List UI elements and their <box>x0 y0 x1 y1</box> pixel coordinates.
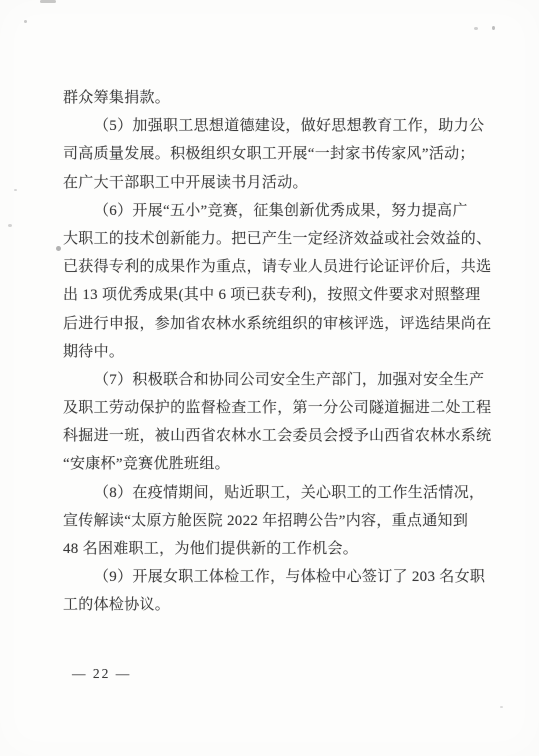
scan-speckle <box>14 189 17 191</box>
text-line: 48 名困难职工，为他们提供新的工作机会。 <box>63 535 475 563</box>
text-line: 出 13 项优秀成果(其中 6 项已获专利)，按照文件要求对照整理 <box>63 281 475 309</box>
text-line: 后进行申报，参加省农林水系统组织的审核评选，评选结果尚在 <box>63 310 475 338</box>
scan-speckle <box>24 20 27 23</box>
scan-speckle <box>492 26 495 30</box>
scan-speckle <box>8 224 12 227</box>
text-line: 及职工劳动保护的监督检查工作，第一分公司隧道掘进二处工程 <box>63 394 475 422</box>
text-line: 期待中。 <box>63 338 475 366</box>
text-line: 司高质量发展。积极组织女职工开展“一封家书传家风”活动； <box>63 140 475 168</box>
scan-speckle <box>500 706 503 708</box>
page-number: — 22 — <box>72 666 131 682</box>
text-line: （8）在疫情期间，贴近职工，关心职工的工作生活情况， <box>63 479 475 507</box>
scan-speckle <box>40 0 56 3</box>
scan-speckle <box>56 246 61 251</box>
text-line: “安康杯”竞赛优胜班组。 <box>63 450 475 478</box>
text-line: 群众筹集捐款。 <box>63 84 475 112</box>
text-line: 宣传解读“太原方舱医院 2022 年招聘公告”内容，重点通知到 <box>63 507 475 535</box>
text-line: 工的体检协议。 <box>63 591 475 619</box>
text-line: 已获得专利的成果作为重点，请专业人员进行论证评价后，共选 <box>63 253 475 281</box>
scanned-document-page: 群众筹集捐款。（5）加强职工思想道德建设，做好思想教育工作，助力公司高质量发展。… <box>0 0 539 756</box>
text-line: （6）开展“五小”竞赛，征集创新优秀成果，努力提高广 <box>63 197 475 225</box>
text-line: （5）加强职工思想道德建设，做好思想教育工作，助力公 <box>63 112 475 140</box>
text-line: （7）积极联合和协同公司安全生产部门，加强对安全生产 <box>63 366 475 394</box>
text-line: 在广大干部职工中开展读书月活动。 <box>63 169 475 197</box>
document-body: 群众筹集捐款。（5）加强职工思想道德建设，做好思想教育工作，助力公司高质量发展。… <box>63 84 475 620</box>
text-line: 大职工的技术创新能力。把已产生一定经济效益或社会效益的、 <box>63 225 475 253</box>
text-line: 科掘进一班，被山西省农林水工会委员会授予山西省农林水系统 <box>63 422 475 450</box>
scan-speckle <box>474 27 478 30</box>
text-line: （9）开展女职工体检工作，与体检中心签订了 203 名女职 <box>63 563 475 591</box>
